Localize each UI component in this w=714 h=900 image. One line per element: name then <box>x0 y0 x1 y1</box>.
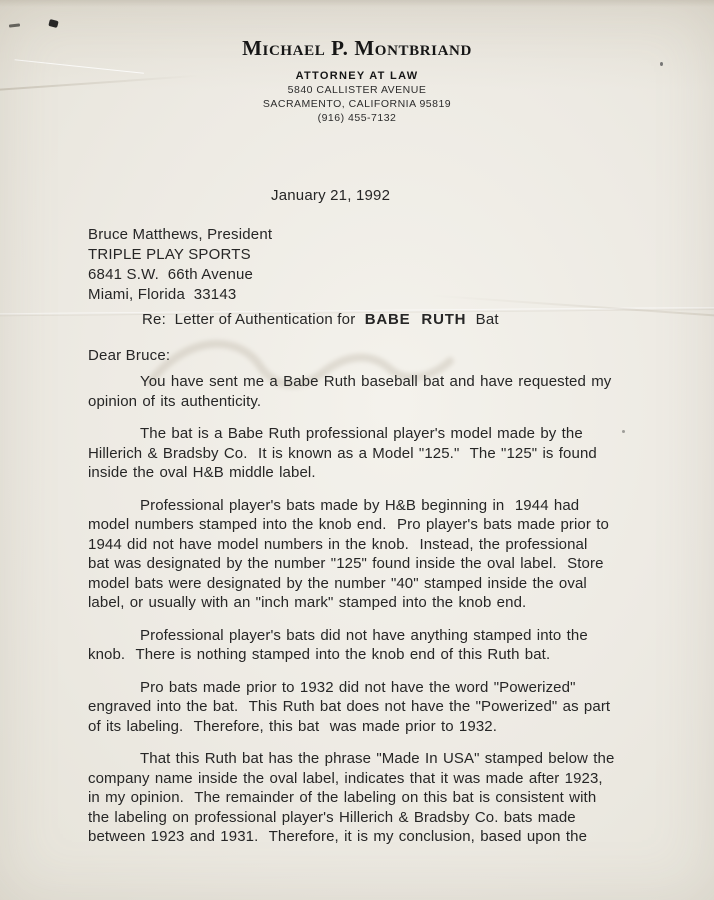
letter-body: You have sent me a Babe Ruth baseball ba… <box>88 372 698 860</box>
salutation: Dear Bruce: <box>88 347 170 364</box>
letterhead-address-line1: 5840 CALLISTER AVENUE <box>0 84 714 96</box>
text-line: Hillerich & Bradsby Co. It is known as a… <box>88 444 698 464</box>
text-line: Professional player's bats did not have … <box>88 626 698 646</box>
subject-prefix: Re: Letter of Authentication for <box>142 311 360 328</box>
staple-mark <box>48 19 58 28</box>
text-line: That this Ruth bat has the phrase "Made … <box>88 749 698 769</box>
subject-line: Re: Letter of Authentication for BABE RU… <box>142 311 499 328</box>
letterhead: Michael P. Montbriand ATTORNEY AT LAW 58… <box>0 36 714 124</box>
text-line: the labeling on professional player's Hi… <box>88 808 698 828</box>
paragraph: Professional player's bats did not have … <box>88 626 698 665</box>
text-line: engraved into the bat. This Ruth bat doe… <box>88 697 698 717</box>
letterhead-address-line2: SACRAMENTO, CALIFORNIA 95819 <box>0 98 714 110</box>
text-line: You have sent me a Babe Ruth baseball ba… <box>88 372 698 392</box>
text-line: The bat is a Babe Ruth professional play… <box>88 424 698 444</box>
text-line: Pro bats made prior to 1932 did not have… <box>88 678 698 698</box>
text-line: 1944 did not have model numbers in the k… <box>88 535 698 555</box>
text-line: knob. There is nothing stamped into the … <box>88 645 698 665</box>
letterhead-phone: (916) 455-7132 <box>0 112 714 124</box>
letterhead-title: ATTORNEY AT LAW <box>0 70 714 82</box>
text-line: company name inside the oval label, indi… <box>88 769 698 789</box>
letter-date: January 21, 1992 <box>271 187 390 204</box>
paragraph: You have sent me a Babe Ruth baseball ba… <box>88 372 698 411</box>
paragraph: Professional player's bats made by H&B b… <box>88 496 698 613</box>
subject-suffix: Bat <box>471 311 498 328</box>
text-line: in my opinion. The remainder of the labe… <box>88 788 698 808</box>
recipient-name: Bruce Matthews, President <box>88 225 272 245</box>
text-line: inside the oval H&B middle label. <box>88 463 698 483</box>
letterhead-name: Michael P. Montbriand <box>0 36 714 61</box>
text-line: of its labeling. Therefore, this bat was… <box>88 717 698 737</box>
recipient-street: 6841 S.W. 66th Avenue <box>88 265 272 285</box>
text-line: bat was designated by the number "125" f… <box>88 554 698 574</box>
text-line: label, or usually with an "inch mark" st… <box>88 593 698 613</box>
paragraph: The bat is a Babe Ruth professional play… <box>88 424 698 483</box>
text-line: model bats were designated by the number… <box>88 574 698 594</box>
recipient-city: Miami, Florida 33143 <box>88 285 272 305</box>
paragraph: That this Ruth bat has the phrase "Made … <box>88 749 698 847</box>
text-line: opinion of its authenticity. <box>88 392 698 412</box>
scanned-letter-page: Michael P. Montbriand ATTORNEY AT LAW 58… <box>0 0 714 900</box>
text-line: model numbers stamped into the knob end.… <box>88 515 698 535</box>
staple-mark <box>9 23 20 27</box>
recipient-company: TRIPLE PLAY SPORTS <box>88 245 272 265</box>
paragraph: Pro bats made prior to 1932 did not have… <box>88 678 698 737</box>
scan-edge-shadow <box>0 0 714 7</box>
recipient-block: Bruce Matthews, President TRIPLE PLAY SP… <box>88 225 272 305</box>
text-line: between 1923 and 1931. Therefore, it is … <box>88 827 698 847</box>
text-line: Professional player's bats made by H&B b… <box>88 496 698 516</box>
subject-keyword: BABE RUTH <box>365 311 467 328</box>
